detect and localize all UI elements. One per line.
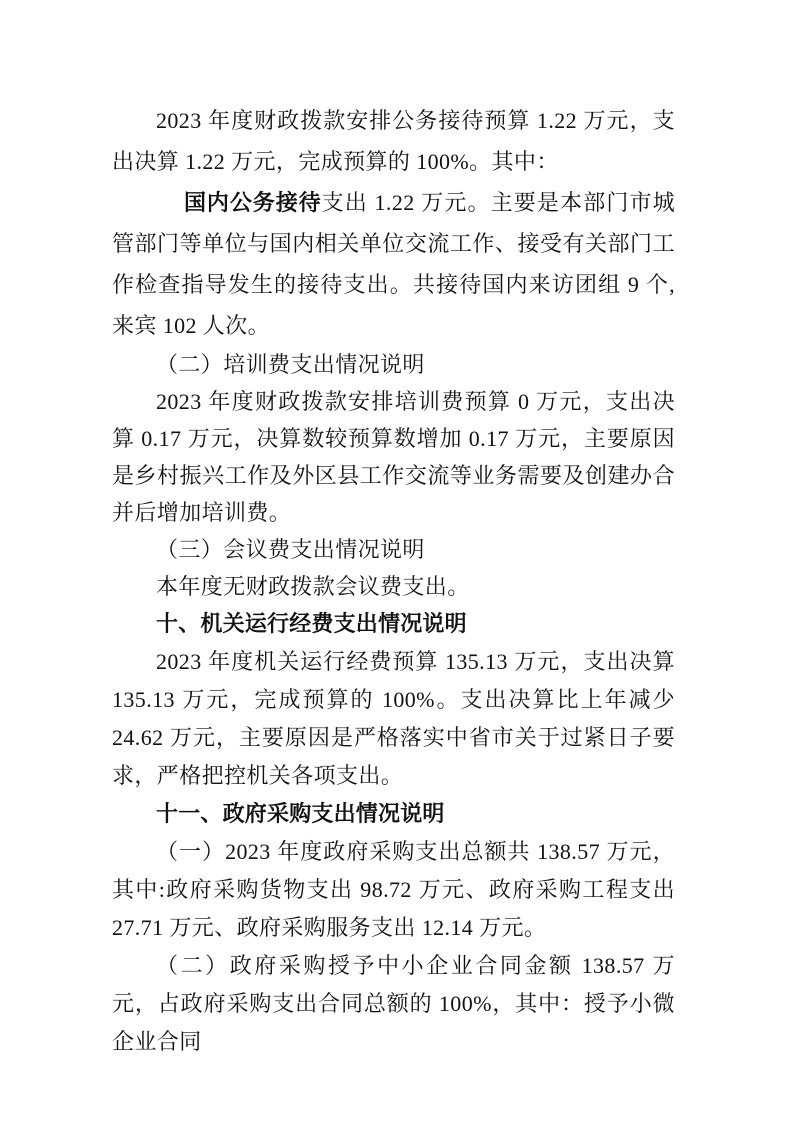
subsection-heading-meeting-fee: （三）会议费支出情况说明 [112, 531, 675, 568]
paragraph-domestic-reception: 国内公务接待支出 1.22 万元。主要是本部门市城管部门等单位与国内相关单位交流… [112, 182, 675, 346]
domestic-reception-bold-label: 国内公务接待 [184, 190, 322, 215]
paragraph-meeting-fee: 本年度无财政拨款会议费支出。 [112, 568, 675, 605]
paragraph-training-fee: 2023 年度财政拨款安排培训费预算 0 万元，支出决算 0.17 万元，决算数… [112, 383, 675, 531]
subsection-heading-training-fee: （二）培训费支出情况说明 [112, 346, 675, 383]
paragraph-operating-expenses: 2023 年度机关运行经费预算 135.13 万元，支出决算 135.13 万元… [112, 643, 675, 795]
section-heading-operating-expenses: 十、机关运行经费支出情况说明 [112, 605, 675, 643]
section-heading-gov-procurement: 十一、政府采购支出情况说明 [112, 795, 675, 833]
paragraph-official-reception-budget: 2023 年度财政拨款安排公务接待预算 1.22 万元，支出决算 1.22 万元… [112, 100, 675, 182]
document-page: 2023 年度财政拨款安排公务接待预算 1.22 万元，支出决算 1.22 万元… [0, 0, 793, 1122]
paragraph-procurement-sme: （二）政府采购授予中小企业合同金额 138.57 万元，占政府采购支出合同总额的… [112, 947, 675, 1061]
paragraph-procurement-total: （一）2023 年度政府采购支出总额共 138.57 万元，其中:政府采购货物支… [112, 833, 675, 947]
